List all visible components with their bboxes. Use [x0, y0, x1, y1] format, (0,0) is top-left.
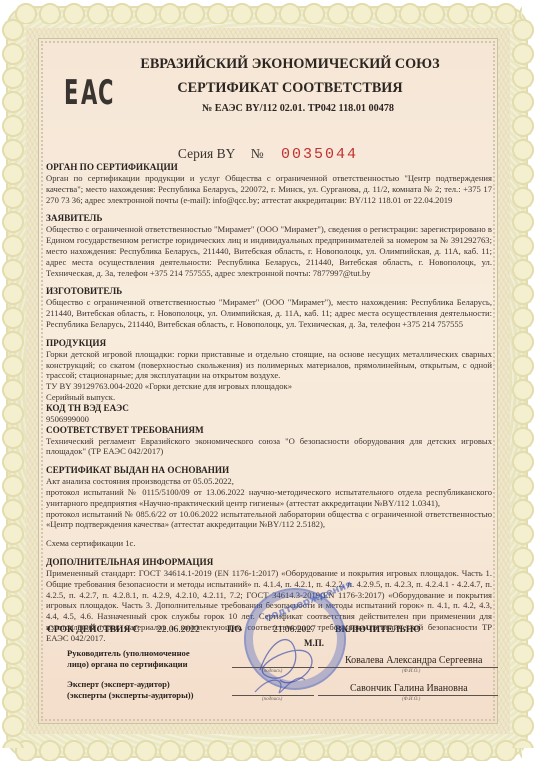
certificate-number: № ЕАЭС BY/112 02.01. ТР042 118.01 00478	[0, 103, 536, 114]
validity-label: СРОК ДЕЙСТВИЯ С	[47, 625, 140, 635]
manufacturer-heading: ИЗГОТОВИТЕЛЬ	[46, 286, 492, 297]
head-name-line	[318, 667, 498, 668]
validity-inclusive: ВКЛЮЧИТЕЛЬНО	[335, 625, 421, 635]
certificate-title: СЕРТИФИКАТ СООТВЕТСТВИЯ	[0, 80, 536, 97]
series-line: Серия BY № 0035044	[0, 146, 536, 163]
expert-name-line	[318, 695, 498, 696]
conforms-body: Технический регламент Евразийского эконо…	[46, 436, 492, 458]
code-value: 9506999000	[46, 414, 492, 425]
head-role-line2: лицо) органа по сертификации	[67, 659, 190, 670]
expert-name: Савончик Галина Ивановна	[350, 683, 468, 694]
validity-to-label: ПО	[227, 625, 242, 635]
expert-role: Эксперт (эксперт-аудитор) (эксперты (экс…	[67, 679, 194, 700]
expert-sign-caption: (подпись)	[262, 697, 282, 702]
basis-heading: СЕРТИФИКАТ ВЫДАН НА ОСНОВАНИИ	[46, 465, 492, 476]
applicant-heading: ЗАЯВИТЕЛЬ	[46, 213, 492, 224]
signature-icon	[250, 630, 330, 700]
product-release: Серийный выпуск.	[46, 392, 492, 403]
organ-heading: ОРГАН ПО СЕРТИФИКАЦИИ	[46, 162, 492, 173]
series-label: Серия BY	[178, 146, 235, 161]
organ-body: Орган по сертификации продукции и услуг …	[46, 173, 492, 205]
expert-role-line1: Эксперт (эксперт-аудитор)	[67, 679, 194, 690]
conforms-heading: СООТВЕТСТВУЕТ ТРЕБОВАНИЯМ	[46, 425, 492, 436]
series-number: 0035044	[281, 146, 358, 163]
union-title: ЕВРАЗИЙСКИЙ ЭКОНОМИЧЕСКИЙ СОЮЗ	[0, 56, 536, 73]
manufacturer-body: Общество с ограниченной ответственностью…	[46, 297, 492, 329]
code-heading: КОД ТН ВЭД ЕАЭС	[46, 403, 492, 414]
product-body: Горки детской игровой площадки: горки пр…	[46, 349, 492, 381]
expert-sign-line	[232, 695, 314, 696]
expert-role-line2: (эксперты (эксперты-аудиторы))	[67, 690, 194, 701]
expert-name-caption: (Ф.И.О.)	[402, 697, 420, 702]
head-role: Руководитель (уполномоченное лицо) орган…	[67, 648, 190, 669]
validity-from: 22.06.2022	[157, 625, 200, 635]
head-sign-line	[232, 667, 314, 668]
basis-line-3: протокол испытаний № 085.6/22 от 10.06.2…	[46, 509, 492, 531]
applicant-body: Общество с ограниченной ответственностью…	[46, 224, 492, 278]
head-name-caption: (Ф.И.О.)	[402, 669, 420, 674]
head-role-line1: Руководитель (уполномоченное	[67, 648, 190, 659]
certificate-body: ОРГАН ПО СЕРТИФИКАЦИИ Орган по сертифика…	[46, 162, 492, 644]
basis-scheme: Схема сертификации 1с.	[46, 538, 492, 549]
additional-heading: ДОПОЛНИТЕЛЬНАЯ ИНФОРМАЦИЯ	[46, 557, 492, 568]
head-sign-caption: (подпись)	[262, 669, 282, 674]
basis-line-2: протокол испытаний № 0115/5100/09 от 13.…	[46, 487, 492, 509]
series-no-sign: №	[251, 146, 264, 161]
basis-line-1: Акт анализа состояния производства от 05…	[46, 476, 492, 487]
head-name: Ковалева Александра Сергеевна	[345, 655, 482, 666]
product-heading: ПРОДУКЦИЯ	[46, 338, 492, 349]
product-tu: ТУ BY 39129763.004-2020 «Горки детские д…	[46, 381, 492, 392]
